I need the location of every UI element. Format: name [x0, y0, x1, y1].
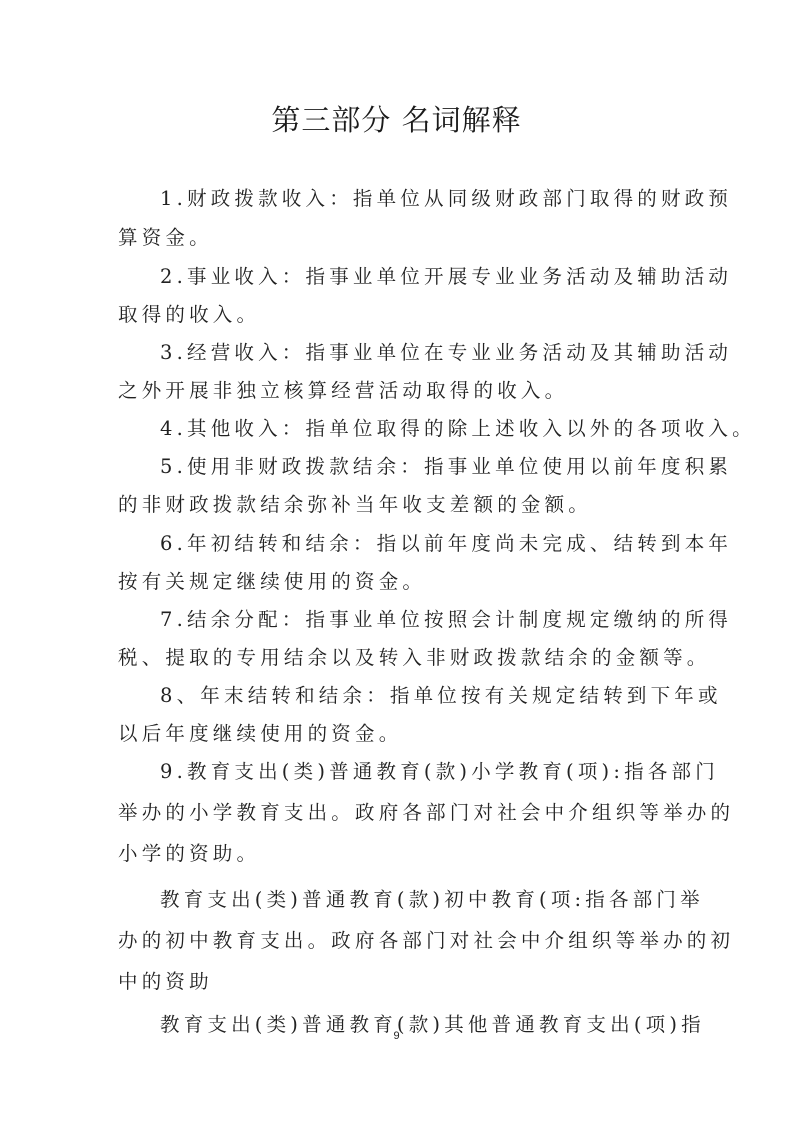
paragraph-line: 办的初中教育支出。政府各部门对社会中介组织等举办的初 [118, 929, 698, 953]
paragraph-line: 8、年末结转和结余：指单位按有关规定结转到下年或 [160, 684, 740, 708]
paragraph-line: 税、提取的专用结余以及转入非财政拨款结余的金额等。 [118, 646, 698, 670]
page-number: 9 [0, 1030, 793, 1042]
document-page: 第三部分 名词解释 1.财政拨款收入：指单位从同级财政部门取得的财政预算资金。2… [0, 0, 793, 1122]
paragraph-line: 7.结余分配：指事业单位按照会计制度规定缴纳的所得 [160, 608, 740, 632]
paragraph-line: 的非财政拨款结余弥补当年收支差额的金额。 [118, 493, 698, 517]
paragraph-line: 4.其他收入：指单位取得的除上述收入以外的各项收入。 [160, 417, 740, 441]
paragraph-line: 举办的小学教育支出。政府各部门对社会中介组织等举办的 [118, 801, 698, 825]
paragraph-line: 3.经营收入：指事业单位在专业业务活动及其辅助活动 [160, 341, 740, 365]
paragraph-line: 9.教育支出(类)普通教育(款)小学教育(项):指各部门 [160, 760, 740, 784]
paragraph-line: 之外开展非独立核算经营活动取得的收入。 [118, 379, 698, 403]
paragraph-line: 取得的收入。 [118, 303, 698, 327]
paragraph-line: 中的资助 [118, 970, 698, 994]
paragraph-line: 1.财政拨款收入：指单位从同级财政部门取得的财政预 [160, 187, 740, 211]
paragraph-line: 按有关规定继续使用的资金。 [118, 570, 698, 594]
page-title: 第三部分 名词解释 [0, 98, 793, 139]
paragraph-line: 2.事业收入：指事业单位开展专业业务活动及辅助活动 [160, 265, 740, 289]
paragraph-line: 算资金。 [118, 226, 698, 250]
paragraph-line: 小学的资助。 [118, 842, 698, 866]
paragraph-line: 以后年度继续使用的资金。 [118, 722, 698, 746]
paragraph-line: 5.使用非财政拨款结余：指事业单位使用以前年度积累 [160, 455, 740, 479]
paragraph-line: 6.年初结转和结余：指以前年度尚未完成、结转到本年 [160, 532, 740, 556]
paragraph-line: 教育支出(类)普通教育(款)初中教育(项:指各部门举 [160, 888, 740, 912]
